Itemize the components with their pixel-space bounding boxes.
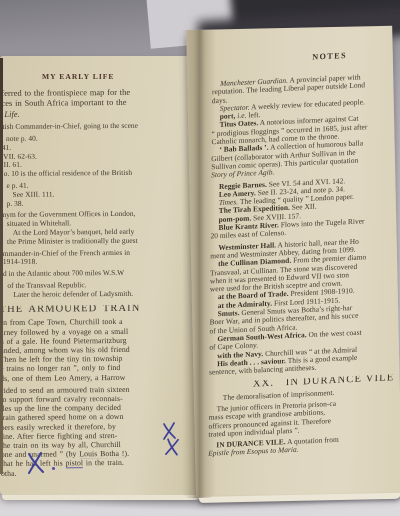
text-line: p. 38. — [0, 198, 199, 209]
text-segment: THE ARMOURED TRAIN — [0, 304, 140, 315]
text-line: No. 10 is the official residence of the … — [0, 168, 198, 179]
text-segment: in the train. — [83, 458, 124, 467]
text-segment: the Prime Minister is traditionally the … — [7, 236, 138, 246]
running-header: MY EARLY LIFE — [42, 72, 201, 81]
notes-lines: Manchester Guardian. A provincial paper … — [208, 71, 400, 458]
right-page-text: NOTES Manchester Guardian. A provincial … — [208, 48, 400, 458]
text-segment: eferred to the frontispiece map for the — [0, 88, 130, 98]
cover-edge — [0, 58, 3, 474]
text-segment: VII. 61. — [0, 160, 22, 169]
page-header: NOTES — [312, 48, 400, 62]
ink-underlined-text: pistol — [65, 459, 83, 469]
text-line: the Prime Minister is traditionally the … — [0, 236, 199, 247]
text-segment: left. — [246, 110, 260, 120]
book-photo: MY EARLY LIFE eferred to the frontispiec… — [0, 0, 400, 516]
text-line: ds, one of them Leo Amery, a Harrow — [0, 372, 200, 383]
text-segment: e p. 41. — [6, 181, 28, 190]
text-segment: , 1914-1918. — [0, 257, 37, 266]
text-segment: onym for the Government Offices in Londo… — [0, 210, 136, 220]
text-line: ritish Commander-in-Chief, going to the … — [0, 121, 198, 132]
text-segment: otha. — [1, 468, 17, 477]
text-segment: ritish Commander-in-Chief, going to the … — [0, 121, 138, 131]
text-segment: See XIII. 111. — [12, 189, 54, 198]
text-segment: See XII. — [290, 202, 317, 212]
text-line: y Life. — [0, 108, 198, 120]
text-line: , 1914-1918. — [0, 257, 199, 268]
text-segment: ds, one of them Leo Amery, a Harrow — [0, 372, 125, 382]
right-page: NOTES Manchester Guardian. A provincial … — [186, 26, 400, 498]
ink-x-mark — [26, 452, 46, 474]
section-heading: THE ARMOURED TRAIN — [0, 304, 200, 315]
text-segment: No. 10 is the official residence of the … — [0, 168, 132, 178]
text-segment: i.e. — [237, 111, 246, 120]
text-segment: situated in Whitehall. — [7, 219, 71, 229]
text-segment: ). — [124, 449, 129, 458]
ink-x-mark — [164, 437, 181, 457]
text-segment: The demoralisation of imprisonment. — [223, 388, 335, 402]
text-line: nd in the Atlantic about 700 miles W.S.W — [0, 268, 199, 279]
text-segment: At the Lord Mayor’s banquet, held early — [13, 227, 135, 237]
text-segment: e VII. 62-63. — [0, 151, 37, 160]
text-segment: nd in the Atlantic about 700 miles W.S.W — [0, 268, 124, 278]
text-segment: p. 38. — [7, 198, 24, 207]
text-segment: ommander-in-Chief of the French armies i… — [0, 248, 130, 258]
text-line: Later the heroic defender of Ladysmith. — [0, 289, 199, 300]
text-segment: Later the heroic defender of Ladysmith. — [13, 289, 133, 299]
text-segment: of the Transvaal Republic. — [7, 280, 86, 290]
text-segment: note p. 40. — [6, 134, 38, 143]
left-page-text: eferred to the frontispiece map for thea… — [0, 87, 201, 478]
text-segment: aces in South Africa important to the — [0, 98, 126, 108]
text-segment: days. — [212, 95, 228, 105]
text-segment: port, — [220, 111, 236, 121]
ink-dot-mark — [52, 467, 55, 470]
